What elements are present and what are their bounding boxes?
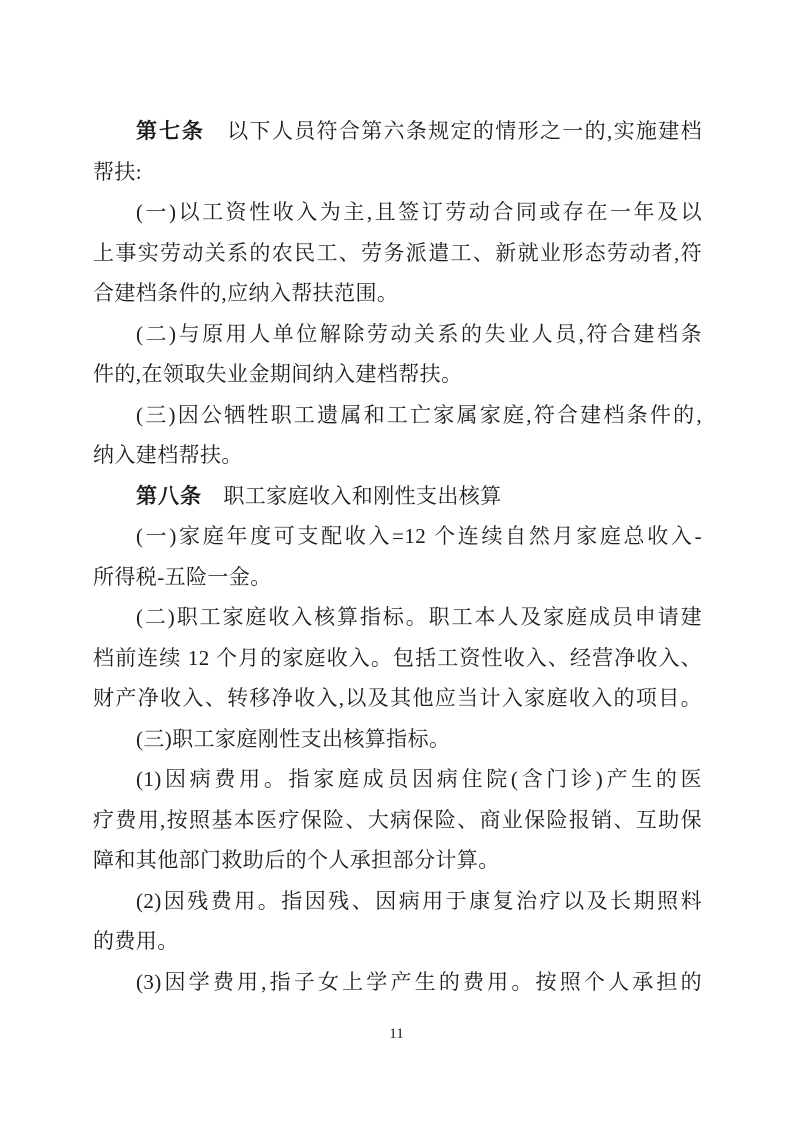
text-line: 障和其他部门救助后的个人承担部分计算。 [93, 840, 702, 881]
text-line: (3)因学费用,指子女上学产生的费用。按照个人承担的 [93, 962, 702, 1003]
text-line: 的费用。 [93, 921, 702, 962]
text-line: (2)因残费用。指因残、因病用于康复治疗以及长期照料 [93, 881, 702, 922]
text-line: 第八条 职工家庭收入和刚性支出核算 [93, 476, 702, 517]
text-line: 第七条 以下人员符合第六条规定的情形之一的,实施建档 [93, 111, 702, 152]
article-number: 第八条 [136, 484, 202, 508]
text-line: 所得税-五险一金。 [93, 557, 702, 598]
text-line: (一)以工资性收入为主,且签订劳动合同或存在一年及以 [93, 192, 702, 233]
text-line: (一)家庭年度可支配收入=12 个连续自然月家庭总收入- [93, 516, 702, 557]
text-line: 疗费用,按照基本医疗保险、大病保险、商业保险报销、互助保 [93, 800, 702, 841]
page-number: 11 [0, 1026, 793, 1043]
text-line: (二)与原用人单位解除劳动关系的失业人员,符合建档条 [93, 314, 702, 355]
text-line: 纳入建档帮扶。 [93, 435, 702, 476]
text-line: 档前连续 12 个月的家庭收入。包括工资性收入、经营净收入、 [93, 638, 702, 679]
article-number: 第七条 [136, 119, 205, 143]
text-line: 财产净收入、转移净收入,以及其他应当计入家庭收入的项目。 [93, 678, 702, 719]
text-line: 帮扶: [93, 152, 702, 193]
text-line: (1)因病费用。指家庭成员因病住院(含门诊)产生的医 [93, 759, 702, 800]
text-line: (三)职工家庭刚性支出核算指标。 [93, 719, 702, 760]
text-line: 上事实劳动关系的农民工、劳务派遣工、新就业形态劳动者,符 [93, 233, 702, 274]
text-line: (二)职工家庭收入核算指标。职工本人及家庭成员申请建 [93, 597, 702, 638]
document-body: 第七条 以下人员符合第六条规定的情形之一的,实施建档帮扶:(一)以工资性收入为主… [93, 111, 702, 1002]
text-line: (三)因公牺牲职工遗属和工亡家属家庭,符合建档条件的, [93, 395, 702, 436]
text-line: 合建档条件的,应纳入帮扶范围。 [93, 273, 702, 314]
text-line: 件的,在领取失业金期间纳入建档帮扶。 [93, 354, 702, 395]
document-page: 第七条 以下人员符合第六条规定的情形之一的,实施建档帮扶:(一)以工资性收入为主… [0, 0, 793, 1122]
